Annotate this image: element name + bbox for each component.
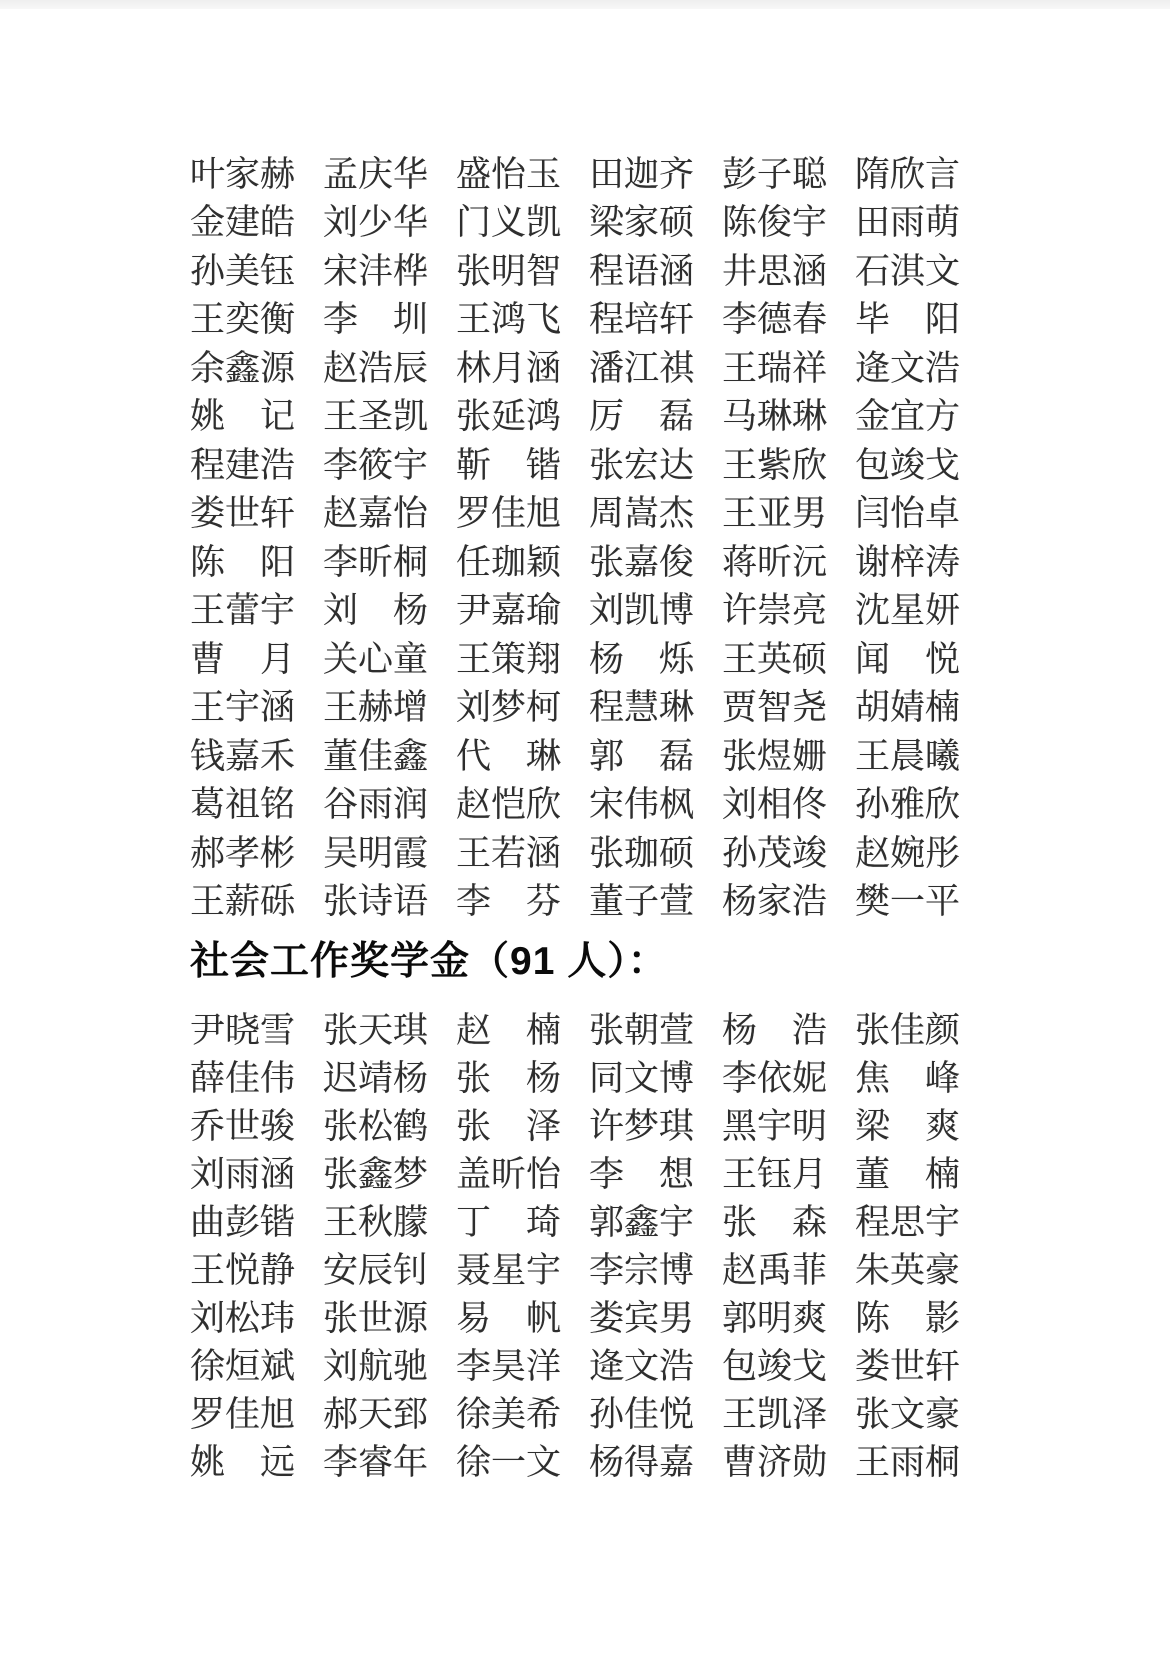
person-name: 董子萱 bbox=[589, 884, 694, 919]
person-name: 王薪砾 bbox=[190, 884, 295, 919]
person-name: 钱嘉禾 bbox=[190, 739, 295, 774]
person-name: 李昊洋 bbox=[456, 1349, 561, 1384]
person-name: 宋伟枫 bbox=[589, 787, 694, 822]
person-name: 潘江祺 bbox=[589, 351, 694, 386]
person-name: 张朝萱 bbox=[589, 1013, 694, 1048]
person-name: 张明智 bbox=[456, 254, 561, 289]
person-name: 葛祖铭 bbox=[190, 787, 295, 822]
person-name: 徐烜斌 bbox=[190, 1349, 295, 1384]
person-name: 尹嘉瑜 bbox=[456, 593, 561, 628]
person-name: 王雨桐 bbox=[855, 1445, 960, 1480]
name-row: 孙美钰宋沣桦张明智程语涵井思涵石淇文 bbox=[190, 247, 980, 296]
name-row: 金建皓刘少华门义凯梁家硕陈俊宇田雨萌 bbox=[190, 199, 980, 248]
person-name: 谢梓涛 bbox=[855, 545, 960, 580]
person-name: 关心童 bbox=[323, 642, 428, 677]
name-row: 罗佳旭郝天郅徐美希孙佳悦王凯泽张文豪 bbox=[190, 1390, 980, 1438]
name-row: 曹 月关心童王策翔杨 烁王英硕闻 悦 bbox=[190, 635, 980, 684]
person-name: 王凯泽 bbox=[722, 1397, 827, 1432]
person-name: 易 帆 bbox=[456, 1301, 561, 1336]
name-row: 王奕衡李 圳王鸿飞程培轩李德春毕 阳 bbox=[190, 296, 980, 345]
person-name: 刘雨涵 bbox=[190, 1157, 295, 1192]
person-name: 娄宾男 bbox=[589, 1301, 694, 1336]
person-name: 林月涵 bbox=[456, 351, 561, 386]
person-name: 程建浩 bbox=[190, 448, 295, 483]
person-name: 张珈硕 bbox=[589, 836, 694, 871]
person-name: 马琳琳 bbox=[722, 399, 827, 434]
person-name: 梁 爽 bbox=[855, 1109, 960, 1144]
person-name: 姚 记 bbox=[190, 399, 295, 434]
person-name: 宋沣桦 bbox=[323, 254, 428, 289]
person-name: 王宇涵 bbox=[190, 690, 295, 725]
person-name: 孙美钰 bbox=[190, 254, 295, 289]
person-name: 曲彭锴 bbox=[190, 1205, 295, 1240]
person-name: 王钰月 bbox=[722, 1157, 827, 1192]
person-name: 田雨萌 bbox=[855, 205, 960, 240]
person-name: 杨得嘉 bbox=[589, 1445, 694, 1480]
person-name: 郝天郅 bbox=[323, 1397, 428, 1432]
person-name: 程思宇 bbox=[855, 1205, 960, 1240]
person-name: 王若涵 bbox=[456, 836, 561, 871]
person-name: 郭明爽 bbox=[722, 1301, 827, 1336]
name-row: 程建浩李筱宇靳 锴张宏达王紫欣包竣戈 bbox=[190, 441, 980, 490]
person-name: 薛佳伟 bbox=[190, 1061, 295, 1096]
person-name: 李昕桐 bbox=[323, 545, 428, 580]
person-name: 张 杨 bbox=[456, 1061, 561, 1096]
person-name: 同文博 bbox=[589, 1061, 694, 1096]
person-name: 李德春 bbox=[722, 302, 827, 337]
person-name: 李 圳 bbox=[323, 302, 428, 337]
person-name: 徐美希 bbox=[456, 1397, 561, 1432]
person-name: 代 琳 bbox=[456, 739, 561, 774]
person-name: 刘 杨 bbox=[323, 593, 428, 628]
person-name: 赵浩辰 bbox=[323, 351, 428, 386]
person-name: 程慧琳 bbox=[589, 690, 694, 725]
person-name: 井思涵 bbox=[722, 254, 827, 289]
person-name: 许崇亮 bbox=[722, 593, 827, 628]
person-name: 乔世骏 bbox=[190, 1109, 295, 1144]
name-row: 娄世轩赵嘉怡罗佳旭周嵩杰王亚男闫怡卓 bbox=[190, 490, 980, 539]
person-name: 王瑞祥 bbox=[722, 351, 827, 386]
person-name: 姚 远 bbox=[190, 1445, 295, 1480]
person-name: 包竣戈 bbox=[855, 448, 960, 483]
person-name: 靳 锴 bbox=[456, 448, 561, 483]
person-name: 孙雅欣 bbox=[855, 787, 960, 822]
person-name: 沈星妍 bbox=[855, 593, 960, 628]
person-name: 陈 影 bbox=[855, 1301, 960, 1336]
person-name: 刘航驰 bbox=[323, 1349, 428, 1384]
person-name: 许梦琪 bbox=[589, 1109, 694, 1144]
person-name: 徐一文 bbox=[456, 1445, 561, 1480]
name-row: 葛祖铭谷雨润赵恺欣宋伟枫刘相佟孙雅欣 bbox=[190, 781, 980, 830]
person-name: 刘松玮 bbox=[190, 1301, 295, 1336]
person-name: 石淇文 bbox=[855, 254, 960, 289]
person-name: 娄世轩 bbox=[855, 1349, 960, 1384]
person-name: 焦 峰 bbox=[855, 1061, 960, 1096]
person-name: 张鑫梦 bbox=[323, 1157, 428, 1192]
person-name: 李筱宇 bbox=[323, 448, 428, 483]
person-name: 王晨曦 bbox=[855, 739, 960, 774]
person-name: 董佳鑫 bbox=[323, 739, 428, 774]
person-name: 杨家浩 bbox=[722, 884, 827, 919]
person-name: 孟庆华 bbox=[323, 157, 428, 192]
person-name: 程语涵 bbox=[589, 254, 694, 289]
name-row: 王薪砾张诗语李 芬董子萱杨家浩樊一平 bbox=[190, 878, 980, 927]
name-row: 姚 记王圣凯张延鸿厉 磊马琳琳金宜方 bbox=[190, 393, 980, 442]
person-name: 赵嘉怡 bbox=[323, 496, 428, 531]
document-content: 叶家赫孟庆华盛怡玉田迦齐彭子聪隋欣言金建皓刘少华门义凯梁家硕陈俊宇田雨萌孙美钰宋… bbox=[190, 150, 980, 1486]
person-name: 张延鸿 bbox=[456, 399, 561, 434]
person-name: 胡婧楠 bbox=[855, 690, 960, 725]
person-name: 毕 阳 bbox=[855, 302, 960, 337]
person-name: 李 想 bbox=[589, 1157, 694, 1192]
person-name: 曹 月 bbox=[190, 642, 295, 677]
person-name: 田迦齐 bbox=[589, 157, 694, 192]
person-name: 陈俊宇 bbox=[722, 205, 827, 240]
person-name: 张嘉俊 bbox=[589, 545, 694, 580]
person-name: 郝孝彬 bbox=[190, 836, 295, 871]
name-row: 王蕾宇刘 杨尹嘉瑜刘凯博许崇亮沈星妍 bbox=[190, 587, 980, 636]
name-row: 尹晓雪张天琪赵 楠张朝萱杨 浩张佳颜 bbox=[190, 1006, 980, 1054]
person-name: 金建皓 bbox=[190, 205, 295, 240]
person-name: 盛怡玉 bbox=[456, 157, 561, 192]
person-name: 赵 楠 bbox=[456, 1013, 561, 1048]
person-name: 王紫欣 bbox=[722, 448, 827, 483]
person-name: 李宗博 bbox=[589, 1253, 694, 1288]
person-name: 金宜方 bbox=[855, 399, 960, 434]
person-name: 郭 磊 bbox=[589, 739, 694, 774]
person-name: 周嵩杰 bbox=[589, 496, 694, 531]
person-name: 孙佳悦 bbox=[589, 1397, 694, 1432]
person-name: 张 森 bbox=[722, 1205, 827, 1240]
person-name: 吴明霞 bbox=[323, 836, 428, 871]
name-row: 叶家赫孟庆华盛怡玉田迦齐彭子聪隋欣言 bbox=[190, 150, 980, 199]
person-name: 赵婉彤 bbox=[855, 836, 960, 871]
person-name: 张文豪 bbox=[855, 1397, 960, 1432]
person-name: 罗佳旭 bbox=[190, 1397, 295, 1432]
person-name: 王蕾宇 bbox=[190, 593, 295, 628]
person-name: 赵恺欣 bbox=[456, 787, 561, 822]
person-name: 王赫增 bbox=[323, 690, 428, 725]
person-name: 杨 烁 bbox=[589, 642, 694, 677]
person-name: 朱英豪 bbox=[855, 1253, 960, 1288]
name-row: 乔世骏张松鹤张 泽许梦琪黑宇明梁 爽 bbox=[190, 1102, 980, 1150]
section-heading-social-work-scholarship: 社会工作奖学金（91 人）： bbox=[190, 938, 980, 986]
name-row: 薛佳伟迟靖杨张 杨同文博李依妮焦 峰 bbox=[190, 1054, 980, 1102]
name-row: 徐烜斌刘航驰李昊洋逄文浩包竣戈娄世轩 bbox=[190, 1342, 980, 1390]
person-name: 门义凯 bbox=[456, 205, 561, 240]
person-name: 张宏达 bbox=[589, 448, 694, 483]
person-name: 王悦静 bbox=[190, 1253, 295, 1288]
person-name: 刘少华 bbox=[323, 205, 428, 240]
person-name: 张 泽 bbox=[456, 1109, 561, 1144]
name-row: 陈 阳李昕桐任珈颖张嘉俊蒋昕沅谢梓涛 bbox=[190, 538, 980, 587]
person-name: 樊一平 bbox=[855, 884, 960, 919]
person-name: 赵禹菲 bbox=[722, 1253, 827, 1288]
person-name: 刘相佟 bbox=[722, 787, 827, 822]
person-name: 彭子聪 bbox=[722, 157, 827, 192]
person-name: 包竣戈 bbox=[722, 1349, 827, 1384]
person-name: 张世源 bbox=[323, 1301, 428, 1336]
person-name: 董 楠 bbox=[855, 1157, 960, 1192]
person-name: 刘凯博 bbox=[589, 593, 694, 628]
name-row: 刘松玮张世源易 帆娄宾男郭明爽陈 影 bbox=[190, 1294, 980, 1342]
person-name: 张煜姗 bbox=[722, 739, 827, 774]
person-name: 厉 磊 bbox=[589, 399, 694, 434]
person-name: 王鸿飞 bbox=[456, 302, 561, 337]
person-name: 陈 阳 bbox=[190, 545, 295, 580]
person-name: 梁家硕 bbox=[589, 205, 694, 240]
person-name: 王策翔 bbox=[456, 642, 561, 677]
name-row: 钱嘉禾董佳鑫代 琳郭 磊张煜姗王晨曦 bbox=[190, 732, 980, 781]
name-row: 余鑫源赵浩辰林月涵潘江祺王瑞祥逄文浩 bbox=[190, 344, 980, 393]
person-name: 郭鑫宇 bbox=[589, 1205, 694, 1240]
person-name: 迟靖杨 bbox=[323, 1061, 428, 1096]
scholarship-name-list-top: 叶家赫孟庆华盛怡玉田迦齐彭子聪隋欣言金建皓刘少华门义凯梁家硕陈俊宇田雨萌孙美钰宋… bbox=[190, 150, 980, 926]
person-name: 谷雨润 bbox=[323, 787, 428, 822]
person-name: 李 芬 bbox=[456, 884, 561, 919]
person-name: 孙茂竣 bbox=[722, 836, 827, 871]
name-row: 王宇涵王赫增刘梦柯程慧琳贾智尧胡婧楠 bbox=[190, 684, 980, 733]
person-name: 曹济勋 bbox=[722, 1445, 827, 1480]
document-page: 叶家赫孟庆华盛怡玉田迦齐彭子聪隋欣言金建皓刘少华门义凯梁家硕陈俊宇田雨萌孙美钰宋… bbox=[0, 0, 1170, 1668]
page-top-edge-shading bbox=[0, 0, 1170, 9]
person-name: 丁 琦 bbox=[456, 1205, 561, 1240]
person-name: 罗佳旭 bbox=[456, 496, 561, 531]
name-row: 王悦静安辰钊聂星宇李宗博赵禹菲朱英豪 bbox=[190, 1246, 980, 1294]
person-name: 张松鹤 bbox=[323, 1109, 428, 1144]
person-name: 任珈颖 bbox=[456, 545, 561, 580]
person-name: 王奕衡 bbox=[190, 302, 295, 337]
person-name: 王亚男 bbox=[722, 496, 827, 531]
person-name: 蒋昕沅 bbox=[722, 545, 827, 580]
person-name: 王秋朦 bbox=[323, 1205, 428, 1240]
person-name: 刘梦柯 bbox=[456, 690, 561, 725]
person-name: 贾智尧 bbox=[722, 690, 827, 725]
name-row: 刘雨涵张鑫梦盖昕怡李 想王钰月董 楠 bbox=[190, 1150, 980, 1198]
person-name: 余鑫源 bbox=[190, 351, 295, 386]
person-name: 安辰钊 bbox=[323, 1253, 428, 1288]
name-row: 曲彭锴王秋朦丁 琦郭鑫宇张 森程思宇 bbox=[190, 1198, 980, 1246]
person-name: 娄世轩 bbox=[190, 496, 295, 531]
social-work-scholarship-name-list: 尹晓雪张天琪赵 楠张朝萱杨 浩张佳颜薛佳伟迟靖杨张 杨同文博李依妮焦 峰乔世骏张… bbox=[190, 1006, 980, 1486]
person-name: 张诗语 bbox=[323, 884, 428, 919]
person-name: 尹晓雪 bbox=[190, 1013, 295, 1048]
person-name: 叶家赫 bbox=[190, 157, 295, 192]
person-name: 盖昕怡 bbox=[456, 1157, 561, 1192]
person-name: 张天琪 bbox=[323, 1013, 428, 1048]
person-name: 王圣凯 bbox=[323, 399, 428, 434]
person-name: 张佳颜 bbox=[855, 1013, 960, 1048]
name-row: 郝孝彬吴明霞王若涵张珈硕孙茂竣赵婉彤 bbox=[190, 829, 980, 878]
person-name: 李依妮 bbox=[722, 1061, 827, 1096]
person-name: 黑宇明 bbox=[722, 1109, 827, 1144]
person-name: 程培轩 bbox=[589, 302, 694, 337]
person-name: 闫怡卓 bbox=[855, 496, 960, 531]
person-name: 逄文浩 bbox=[589, 1349, 694, 1384]
name-row: 姚 远李睿年徐一文杨得嘉曹济勋王雨桐 bbox=[190, 1438, 980, 1486]
person-name: 杨 浩 bbox=[722, 1013, 827, 1048]
person-name: 闻 悦 bbox=[855, 642, 960, 677]
person-name: 逄文浩 bbox=[855, 351, 960, 386]
person-name: 李睿年 bbox=[323, 1445, 428, 1480]
person-name: 隋欣言 bbox=[855, 157, 960, 192]
person-name: 聂星宇 bbox=[456, 1253, 561, 1288]
person-name: 王英硕 bbox=[722, 642, 827, 677]
